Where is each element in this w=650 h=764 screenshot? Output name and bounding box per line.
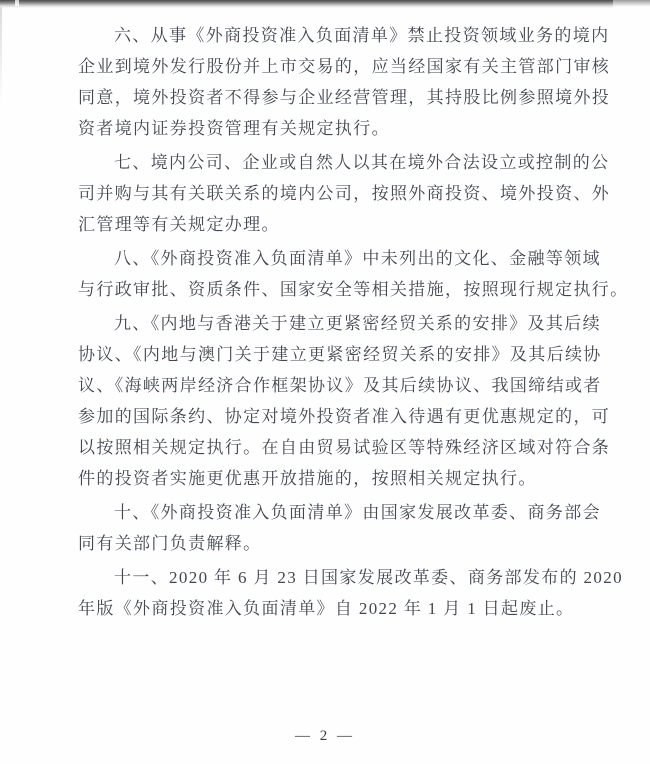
- paragraph-line: 六、从事《外商投资准入负面清单》禁止投资领域业务的境内: [78, 20, 594, 51]
- paragraph: 九、《内地与香港关于建立更紧密经贸关系的安排》及其后续协议、《内地与澳门关于建立…: [78, 308, 594, 494]
- scan-edge-notch-artifact: [15, 0, 19, 6]
- paragraph-line: 十、《外商投资准入负面清单》由国家发展改革委、商务部会: [78, 497, 594, 528]
- paragraph-line: 以按照相关规定执行。在自由贸易试验区等特殊经济区域对符合条: [78, 432, 594, 463]
- document-body: 六、从事《外商投资准入负面清单》禁止投资领域业务的境内企业到境外发行股份并上市交…: [78, 20, 594, 627]
- scan-edge-top-right-artifact: [613, 0, 650, 7]
- paragraph-line: 九、《内地与香港关于建立更紧密经贸关系的安排》及其后续: [78, 308, 594, 339]
- paragraph-line: 件的投资者实施更优惠开放措施的，按照相关规定执行。: [78, 463, 594, 494]
- paragraph-line: 七、境内公司、企业或自然人以其在境外合法设立或控制的公: [78, 147, 594, 178]
- paragraph-line: 汇管理等有关规定办理。: [78, 209, 594, 240]
- paragraph-line: 八、《外商投资准入负面清单》中未列出的文化、金融等领域: [78, 243, 594, 274]
- paragraph: 八、《外商投资准入负面清单》中未列出的文化、金融等领域与行政审批、资质条件、国家…: [78, 243, 594, 305]
- scan-edge-top-artifact: [0, 0, 613, 8]
- scan-edge-left-artifact: [0, 7, 2, 107]
- page-number: — 2 —: [0, 726, 650, 746]
- paragraph-line: 十一、2020 年 6 月 23 日国家发展改革委、商务部发布的 2020: [78, 562, 594, 593]
- paragraph: 七、境内公司、企业或自然人以其在境外合法设立或控制的公司并购与其有关联关系的境内…: [78, 147, 594, 240]
- paragraph: 十、《外商投资准入负面清单》由国家发展改革委、商务部会同有关部门负责解释。: [78, 497, 594, 559]
- paragraph-line: 年版《外商投资准入负面清单》自 2022 年 1 月 1 日起废止。: [78, 593, 594, 624]
- paragraph-line: 议、《海峡两岸经济合作框架协议》及其后续协议、我国缔结或者: [78, 370, 594, 401]
- paragraph-line: 资者境内证券投资管理有关规定执行。: [78, 113, 594, 144]
- paragraph: 六、从事《外商投资准入负面清单》禁止投资领域业务的境内企业到境外发行股份并上市交…: [78, 20, 594, 144]
- paragraph-line: 与行政审批、资质条件、国家安全等相关措施，按照现行规定执行。: [78, 274, 594, 305]
- paragraph-line: 司并购与其有关联关系的境内公司，按照外商投资、境外投资、外: [78, 178, 594, 209]
- document-page: 六、从事《外商投资准入负面清单》禁止投资领域业务的境内企业到境外发行股份并上市交…: [0, 0, 650, 764]
- paragraph-line: 参加的国际条约、协定对境外投资者准入待遇有更优惠规定的，可: [78, 401, 594, 432]
- paragraph-line: 同有关部门负责解释。: [78, 528, 594, 559]
- paragraph: 十一、2020 年 6 月 23 日国家发展改革委、商务部发布的 2020年版《…: [78, 562, 594, 624]
- paragraph-line: 协议、《内地与澳门关于建立更紧密经贸关系的安排》及其后续协: [78, 339, 594, 370]
- paragraph-line: 同意，境外投资者不得参与企业经营管理，其持股比例参照境外投: [78, 82, 594, 113]
- paragraph-line: 企业到境外发行股份并上市交易的，应当经国家有关主管部门审核: [78, 51, 594, 82]
